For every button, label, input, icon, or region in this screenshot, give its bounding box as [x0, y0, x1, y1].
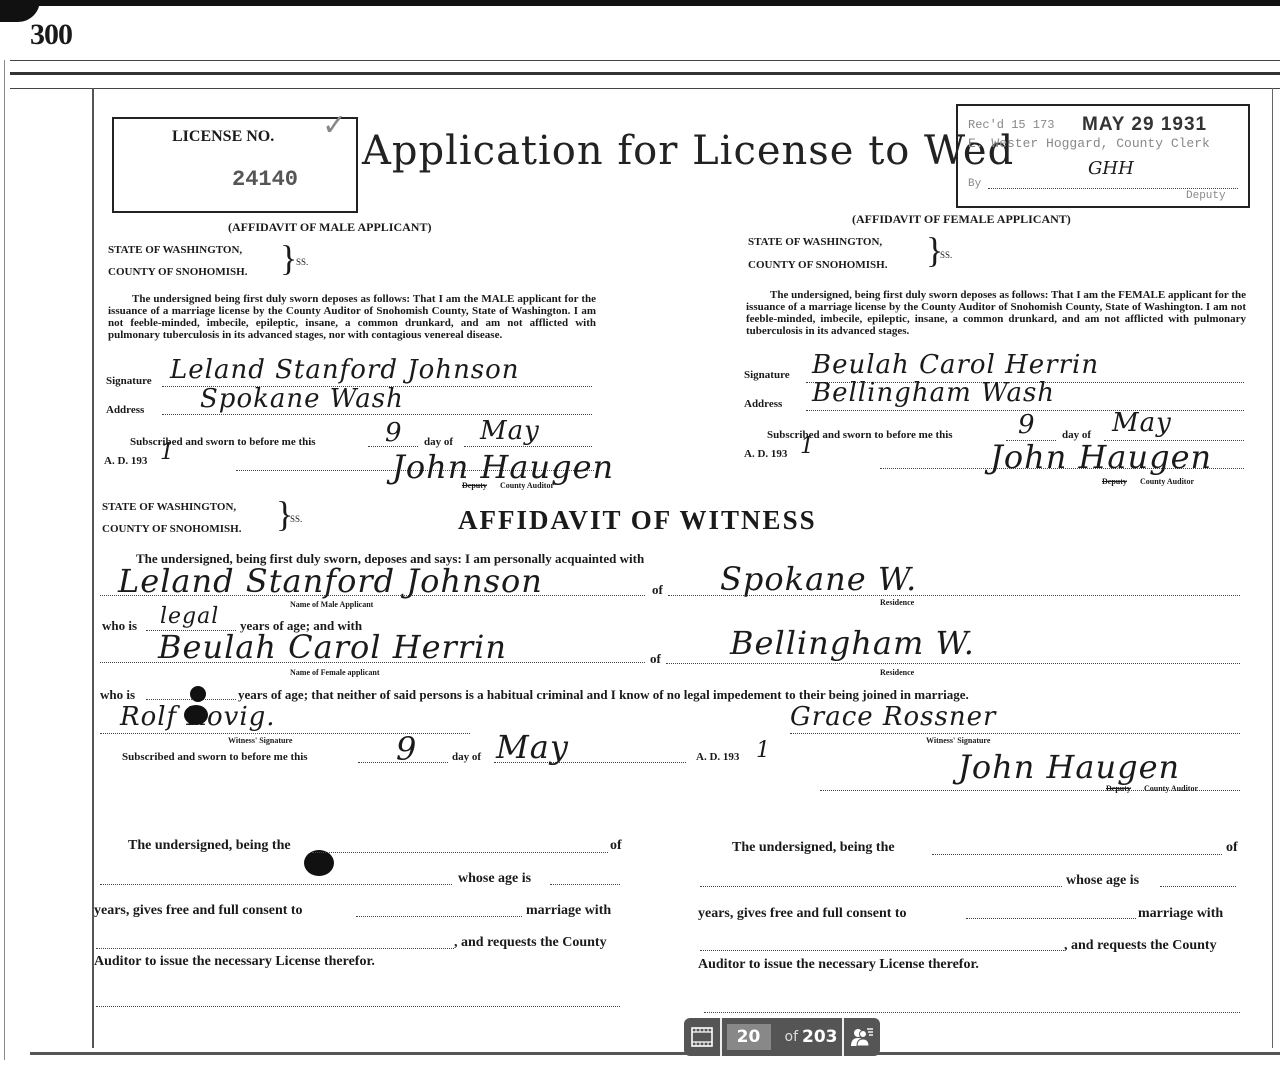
male-ss: SS. — [296, 257, 308, 267]
rule-line-thick — [10, 72, 1280, 75]
witness-auditor-signature: John Haugen — [958, 748, 1180, 786]
recorded-stamp-box: Rec'd 15 173 MAY 29 1931 E. Wester Hogga… — [956, 104, 1250, 208]
female-deputy-struck: Deputy — [1102, 477, 1127, 486]
male-month-field[interactable] — [464, 446, 592, 447]
ledger-page-number: 300 — [30, 18, 72, 52]
consent-right-line3a: years, gives free and full consent to — [698, 906, 907, 922]
male-county: COUNTY OF SNOHOMISH. — [108, 266, 247, 278]
consent-right-line5: Auditor to issue the necessary License t… — [698, 957, 979, 973]
witness-month-value: May — [496, 728, 569, 766]
consent-left-of: of — [610, 838, 622, 854]
who-is-label: who is — [102, 618, 137, 634]
male-age-value: legal — [160, 604, 219, 629]
female-sworn-label: Subscribed and sworn to before me this — [767, 429, 953, 441]
male-residence-value: Spokane W. — [720, 560, 917, 598]
female-residence-value: Bellingham W. — [730, 624, 975, 662]
female-year-value: 1 — [800, 434, 815, 459]
consent-right-relation-field[interactable] — [932, 854, 1222, 855]
consent-left-line3a: years, gives free and full consent to — [94, 903, 303, 919]
female-month-value: May — [1112, 408, 1172, 438]
consent-right-marriage-field[interactable] — [700, 950, 1064, 951]
male-sworn-label: Subscribed and sworn to before me this — [130, 436, 316, 448]
consent-right-whose-age: whose age is — [1066, 873, 1139, 889]
margin-line-right — [1272, 88, 1273, 1048]
filmstrip-button[interactable] — [684, 1018, 722, 1056]
witness-deputy-struck: Deputy — [1106, 784, 1131, 793]
consent-right-signature-field[interactable] — [704, 1012, 1240, 1013]
consent-left-whose-age: whose age is — [458, 871, 531, 887]
license-number: 24140 — [232, 167, 298, 192]
male-affidavit-heading: (AFFIDAVIT OF MALE APPLICANT) — [228, 220, 431, 235]
witness-auditor-label: County Auditor — [1144, 784, 1198, 793]
consent-left-line5: Auditor to issue the necessary License t… — [94, 954, 375, 970]
of-label: of — [785, 1029, 799, 1045]
consent-left-name-field[interactable] — [100, 884, 452, 885]
consent-right-consent-field[interactable] — [966, 918, 1136, 919]
stamp-by-field — [988, 188, 1238, 189]
female-ss: SS. — [940, 250, 952, 260]
page-navigator: 20 of 203 — [722, 1018, 844, 1056]
people-list-icon — [850, 1027, 874, 1047]
ink-blot — [184, 705, 208, 725]
stamp-initials: GHH — [1088, 158, 1134, 179]
consent-left-relation-field[interactable] — [312, 852, 608, 853]
consent-left-line1: The undersigned, being the — [128, 838, 291, 854]
filmstrip-icon — [691, 1027, 713, 1047]
female-applicant-name-caption: Name of Female applicant — [290, 668, 380, 677]
residence-caption: Residence — [880, 598, 914, 607]
witness2-signature-field[interactable] — [790, 733, 1240, 734]
male-month-value: May — [480, 416, 540, 446]
consent-left-age-field[interactable] — [550, 884, 620, 885]
image-viewer-toolbar: 20 of 203 — [684, 1018, 880, 1056]
female-day-value: 9 — [1018, 410, 1036, 440]
stamp-date: MAY 29 1931 — [1082, 114, 1207, 136]
total-pages: 203 — [802, 1027, 838, 1047]
female-address-value: Bellingham Wash — [812, 378, 1055, 408]
consent-left-marriage-field[interactable] — [96, 948, 454, 949]
male-address-value: Spokane Wash — [200, 384, 404, 414]
female-ad-label: A. D. 193 — [744, 448, 787, 460]
male-deputy-struck: Deputy — [462, 481, 487, 490]
license-label: LICENSE NO. — [172, 128, 274, 146]
female-affidavit-body: The undersigned, being first duly sworn … — [746, 289, 1246, 337]
rule-line — [10, 88, 1280, 89]
consent-right-line1: The undersigned, being the — [732, 840, 895, 856]
male-signature-label: Signature — [106, 375, 152, 387]
of-label: of — [650, 651, 661, 667]
current-page-input[interactable]: 20 — [727, 1024, 771, 1050]
male-state: STATE OF WASHINGTON, — [108, 244, 242, 256]
people-list-button[interactable] — [844, 1018, 880, 1056]
consent-left-signature-field[interactable] — [96, 1006, 620, 1007]
witness2-signature: Grace Rossner — [790, 702, 996, 732]
male-affidavit-body: The undersigned being first duly sworn d… — [108, 293, 596, 341]
male-applicant-name-value: Leland Stanford Johnson — [118, 562, 543, 600]
ink-blot — [190, 686, 206, 702]
rule-line — [10, 60, 1280, 61]
female-state: STATE OF WASHINGTON, — [748, 236, 882, 248]
witness-year-value: 1 — [756, 738, 771, 763]
consent-right-line4: , and requests the County — [1064, 938, 1217, 954]
witness2-caption: Witness' Signature — [926, 736, 990, 745]
witness-day-value: 9 — [396, 730, 417, 768]
female-county: COUNTY OF SNOHOMISH. — [748, 259, 887, 271]
who-is-label: who is — [100, 687, 135, 703]
consent-right-of: of — [1226, 840, 1238, 856]
of-label: of — [652, 582, 663, 598]
stamp-by-label: By — [968, 178, 981, 190]
male-day-of-label: day of — [424, 436, 453, 448]
stamp-deputy-label: Deputy — [1186, 190, 1226, 202]
witness-ss: SS. — [290, 514, 302, 524]
consent-left-line4: , and requests the County — [454, 935, 607, 951]
witness-sworn-label: Subscribed and sworn to before me this — [122, 751, 308, 763]
consent-right-name-field[interactable] — [700, 886, 1062, 887]
consent-left-line3b: marriage with — [526, 903, 611, 919]
witness-ad-label: A. D. 193 — [696, 751, 739, 763]
witness-affidavit-heading: AFFIDAVIT OF WITNESS — [458, 505, 817, 536]
consent-left-consent-field[interactable] — [356, 916, 522, 917]
male-applicant-name-caption: Name of Male Applicant — [290, 600, 373, 609]
page-top-edge — [0, 0, 1280, 6]
female-applicant-name-value: Beulah Carol Herrin — [158, 628, 507, 666]
witness-county: COUNTY OF SNOHOMISH. — [102, 523, 241, 535]
male-year-value: 1 — [160, 440, 175, 465]
document-title: Application for License to Wed — [362, 128, 1014, 174]
witness-day-of-label: day of — [452, 751, 481, 763]
female-address-label: Address — [744, 398, 782, 410]
consent-right-age-field[interactable] — [1160, 886, 1236, 887]
witness-statement: years of age; that neither of said perso… — [238, 687, 969, 703]
female-affidavit-heading: (AFFIDAVIT OF FEMALE APPLICANT) — [852, 212, 1071, 227]
witness1-caption: Witness' Signature — [228, 736, 292, 745]
male-address-field[interactable] — [162, 414, 592, 415]
brace-icon: } — [280, 240, 297, 276]
female-signature-label: Signature — [744, 369, 790, 381]
page-bottom-rule — [30, 1052, 1280, 1055]
male-ad-label: A. D. 193 — [104, 455, 147, 467]
male-address-label: Address — [106, 404, 144, 416]
binding-edge — [4, 60, 5, 1060]
stamp-clerk: E. Wester Hoggard, County Clerk — [968, 136, 1210, 151]
female-auditor-signature: John Haugen — [990, 438, 1212, 476]
male-signature-value: Leland Stanford Johnson — [170, 355, 520, 385]
male-day-value: 9 — [385, 418, 403, 448]
female-auditor-label: County Auditor — [1140, 477, 1194, 486]
consent-right-line3b: marriage with — [1138, 906, 1223, 922]
check-mark-icon: ✓ — [322, 108, 347, 143]
ink-blot — [304, 850, 334, 876]
stamp-line1: Rec'd 15 173 — [968, 118, 1054, 132]
witness-state: STATE OF WASHINGTON, — [102, 501, 236, 513]
residence-caption: Residence — [880, 668, 914, 677]
female-residence-field[interactable] — [666, 663, 1240, 664]
female-signature-value: Beulah Carol Herrin — [812, 350, 1099, 380]
male-auditor-label: County Auditor — [500, 481, 554, 490]
